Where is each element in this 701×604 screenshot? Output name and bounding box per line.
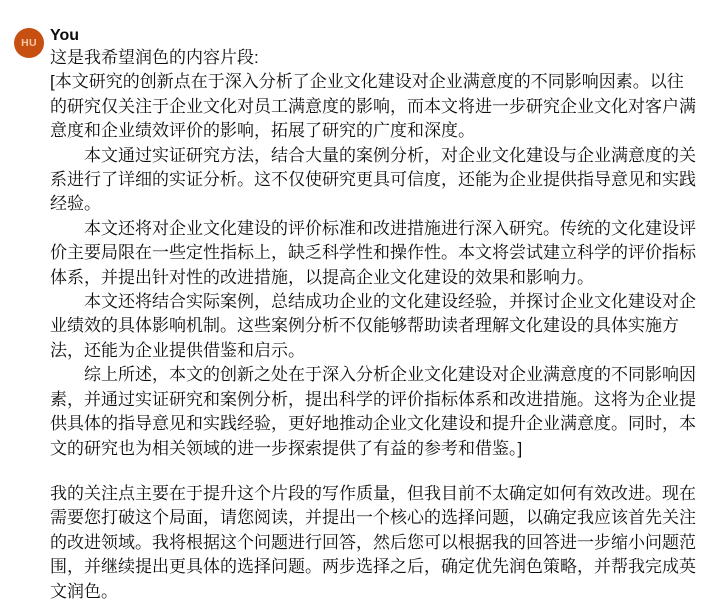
avatar-initials: HU (21, 38, 37, 49)
chat-page: HU You 这是我希望润色的内容片段: [本文研究的创新点在于深入分析了企业文… (0, 0, 701, 604)
user-chat-message: HU You 这是我希望润色的内容片段: [本文研究的创新点在于深入分析了企业文… (0, 0, 701, 604)
message-content: You 这是我希望润色的内容片段: [本文研究的创新点在于深入分析了企业文化建设… (50, 26, 687, 604)
message-paragraph-request: 我的关注点主要在于提升这个片段的写作质量，但我目前不太确定如何有效改进。现在需要… (50, 482, 696, 604)
user-avatar: HU (14, 28, 44, 58)
sender-name: You (50, 26, 687, 46)
message-paragraph-passage: 这是我希望润色的内容片段: [本文研究的创新点在于深入分析了企业文化建设对企业满… (50, 46, 696, 461)
message-text: 这是我希望润色的内容片段: [本文研究的创新点在于深入分析了企业文化建设对企业满… (50, 46, 696, 604)
